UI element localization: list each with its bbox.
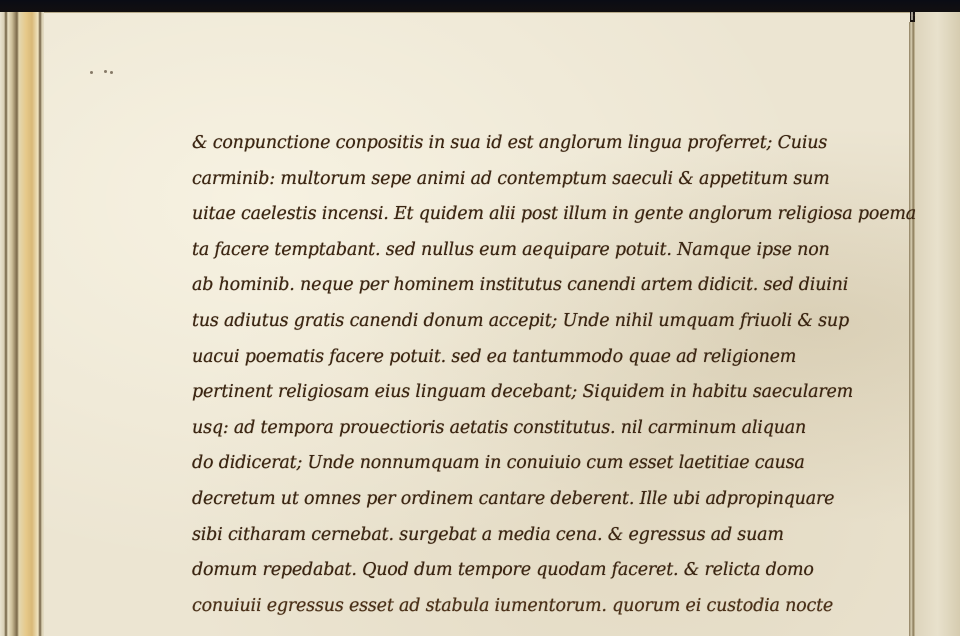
text-line: pertinent religiosam eius linguam deceba… (192, 375, 892, 411)
stacked-page-edges (0, 12, 44, 636)
text-line: carminib: multorum sepe animi ad contemp… (192, 162, 892, 198)
ink-speck (104, 70, 107, 73)
text-line: sibi citharam cernebat. surgebat a media… (192, 518, 892, 554)
text-line: ab hominib. neque per hominem institutus… (192, 268, 892, 304)
text-line: decretum ut omnes per ordinem cantare de… (192, 482, 892, 518)
text-line: ta facere temptabant. sed nullus eum aeq… (192, 233, 892, 269)
text-line: uitae caelestis incensi. Et quidem alii … (192, 197, 892, 233)
text-line: & conpunctione conpositis in sua id est … (192, 126, 892, 162)
text-line: usq: ad tempora prouectioris aetatis con… (192, 411, 892, 447)
ink-speck (110, 71, 113, 74)
facing-page-edge (915, 12, 960, 636)
text-line: domum repedabat. Quod dum tempore quodam… (192, 553, 892, 589)
text-line: conuiuii egressus esset ad stabula iumen… (192, 589, 892, 625)
text-line: do didicerat; Unde nonnumquam in conuiui… (192, 446, 892, 482)
ink-speck (90, 71, 93, 74)
text-line: tus adiutus gratis canendi donum accepit… (192, 304, 892, 340)
text-line: uacui poematis facere potuit. sed ea tan… (192, 340, 892, 376)
manuscript-text-block: & conpunctione conpositis in sua id est … (192, 126, 892, 624)
